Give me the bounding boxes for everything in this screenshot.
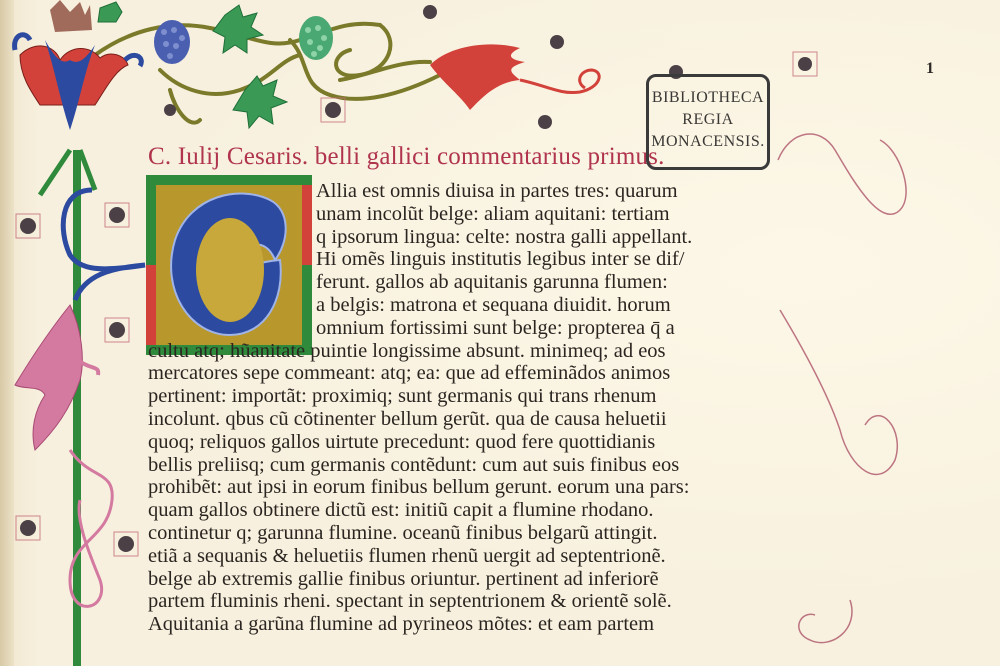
pen-flourish-icon: [778, 134, 906, 643]
text-line: quoq; reliquos gallos uirtute precedunt:…: [148, 431, 723, 454]
text-line: prohibẽt: aut ipsi in eorum finibus bell…: [148, 476, 723, 499]
text-line: belge ab extremis gallie finibus oriuntu…: [148, 568, 723, 591]
text-line: cultu atq; hũanitate puintie longissime …: [148, 340, 723, 363]
text-line: a belgis: matrona et sequana diuidit. ho…: [148, 294, 723, 317]
text-line: Aquitania a garũna flumine ad pyrineos m…: [148, 613, 723, 636]
pink-acanthus-leaf-icon: [15, 305, 98, 450]
folio-number: 1: [926, 60, 934, 78]
green-grape-cluster-icon: [299, 16, 333, 60]
text-line: partem fluminis rheni. spectant in septe…: [148, 590, 723, 613]
library-stamp: BIBLIOTHECA REGIA MONACENSIS.: [646, 74, 770, 170]
blue-grape-cluster-icon: [154, 20, 190, 64]
text-line: pertinent: importãt: proximiq; sunt germ…: [148, 385, 723, 408]
manuscript-page: C. Iulij Cesaris. belli gallici commenta…: [0, 0, 1000, 666]
text-line: q ipsorum lingua: celte: nostra galli ap…: [148, 226, 723, 249]
red-blue-flower-icon: [15, 0, 142, 130]
red-acanthus-flourish-icon: [430, 44, 599, 110]
text-line: unam incolũt belge: aliam aquitani: tert…: [148, 203, 723, 226]
text-line: ferunt. gallos ab aquitanis garunna flum…: [148, 271, 723, 294]
text-line: Hi omẽs linguis institutis legibus inter…: [148, 248, 723, 271]
text-column: Allia est omnis diuisa in partes tres: q…: [148, 180, 723, 636]
text-line: continetur q; garunna flumine. oceanũ fi…: [148, 522, 723, 545]
chapter-title-rubric: C. Iulij Cesaris. belli gallici commenta…: [148, 143, 665, 171]
stamp-line: MONACENSIS.: [649, 131, 767, 153]
text-line: quam gallos obtinere dictũ est: initiũ c…: [148, 499, 723, 522]
text-line: bellis preliisq; cum germanis contẽdunt:…: [148, 454, 723, 477]
stamp-line: REGIA: [649, 109, 767, 131]
text-line: Allia est omnis diuisa in partes tres: q…: [148, 180, 723, 203]
text-line: etiã a sequanis & heluetiis flumen rhenũ…: [148, 545, 723, 568]
stamp-line: BIBLIOTHECA: [649, 87, 767, 109]
text-line: omnium fortissimi sunt belge: propterea …: [148, 317, 723, 340]
text-line: incolunt. qbus cũ cõtinenter bellum gerũ…: [148, 408, 723, 431]
text-line: mercatores sepe commeant: atq; ea: que a…: [148, 362, 723, 385]
